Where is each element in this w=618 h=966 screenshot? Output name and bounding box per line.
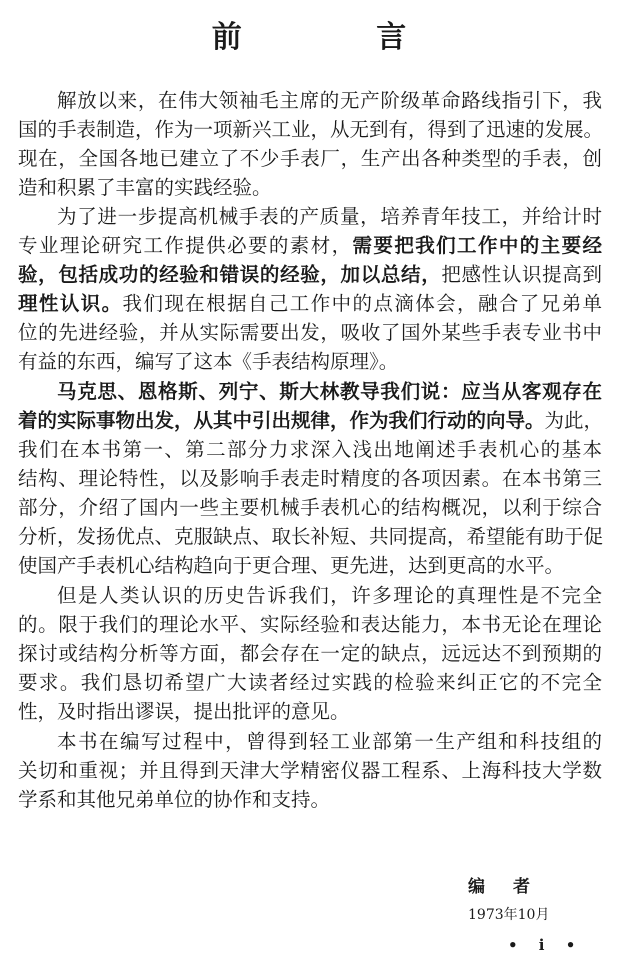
text-line: 专业理论研究工作提供必要的素材，需要把我们工作中的主要经 [18, 231, 602, 260]
text-line: 有益的东西，编写了这本《手表结构原理》。 [18, 347, 602, 376]
text-line: 解放以来，在伟大领袖毛主席的无产阶级革命路线指引下，我 [57, 86, 602, 115]
author-signature: 编者 [468, 872, 558, 897]
text-line: 理性认识。我们现在根据自己工作中的点滴体会，融合了兄弟单 [18, 289, 602, 318]
text-line: 的。限于我们的理论水平、实际经验和表达能力，本书无论在理论 [18, 610, 602, 639]
text-line: 位的先进经验，并从实际需要出发，吸收了国外某些手表专业书中 [18, 318, 602, 347]
text-line: 性，及时指出谬误，提出批评的意见。 [18, 697, 602, 726]
page-title: 前 言 [0, 18, 618, 58]
text-line: 着的实际事物出发，从其中引出规律，作为我们行动的向导。为此， [18, 406, 602, 435]
text-line: 为了进一步提高机械手表的产质量，培养青年技工，并给计时 [57, 202, 602, 231]
text-line: 关切和重视；并且得到天津大学精密仪器工程系、上海科技大学数 [18, 756, 602, 785]
text-line: 马克思、恩格斯、列宁、斯大林教导我们说：应当从客观存在 [57, 377, 602, 406]
text-line: 分析，发扬优点、克服缺点、取长补短、共同提高，希望能有助于促 [18, 522, 602, 551]
quote-text: 马克思、恩格斯、列宁、斯大林教导我们说：应当从客观存在 [57, 380, 602, 403]
emphasis-text: 需要把我们工作中的主要经 [353, 234, 602, 257]
text-line: 造和积累了丰富的实践经验。 [18, 173, 602, 202]
text-line: 探讨或结构分析等方面，都会存在一定的缺点，远远达不到预期的 [18, 639, 602, 668]
text-line: 学系和其他兄弟单位的协作和支持。 [18, 785, 602, 814]
emphasis-text: 理性认识。 [18, 292, 123, 315]
quote-text: 着的实际事物出发，从其中引出规律，作为我们行动的向导。 [18, 409, 545, 432]
page-number: • i • [508, 936, 583, 954]
emphasis-text: 验，包括成功的经验和错误的经验，加以总结， [18, 263, 441, 286]
text-line: 结构、理论特性，以及影响手表走时精度的各项因素。在本书第三 [18, 464, 602, 493]
text-line: 现在，全国各地已建立了不少手表厂，生产出各种类型的手表，创 [18, 144, 602, 173]
text-line: 验，包括成功的经验和错误的经验，加以总结，把感性认识提高到 [18, 260, 602, 289]
text-line: 使国产手表机心结构趋向于更合理、更先进，达到更高的水平。 [18, 551, 602, 580]
text-line: 要求。我们恳切希望广大读者经过实践的检验来纠正它的不完全 [18, 668, 602, 697]
text-line: 但是人类认识的历史告诉我们，许多理论的真理性是不完全 [57, 581, 602, 610]
date: 1973年10月 [468, 904, 549, 924]
text-line: 国的手表制造，作为一项新兴工业，从无到有，得到了迅速的发展。 [18, 115, 602, 144]
text-line: 部分，介绍了国内一些主要机械手表机心的结构概况，以利于综合 [18, 493, 602, 522]
text-line: 本书在编写过程中，曾得到轻工业部第一生产组和科技组的 [57, 727, 602, 756]
text-line: 我们在本书第一、第二部分力求深入浅出地阐述手表机心的基本 [18, 435, 602, 464]
